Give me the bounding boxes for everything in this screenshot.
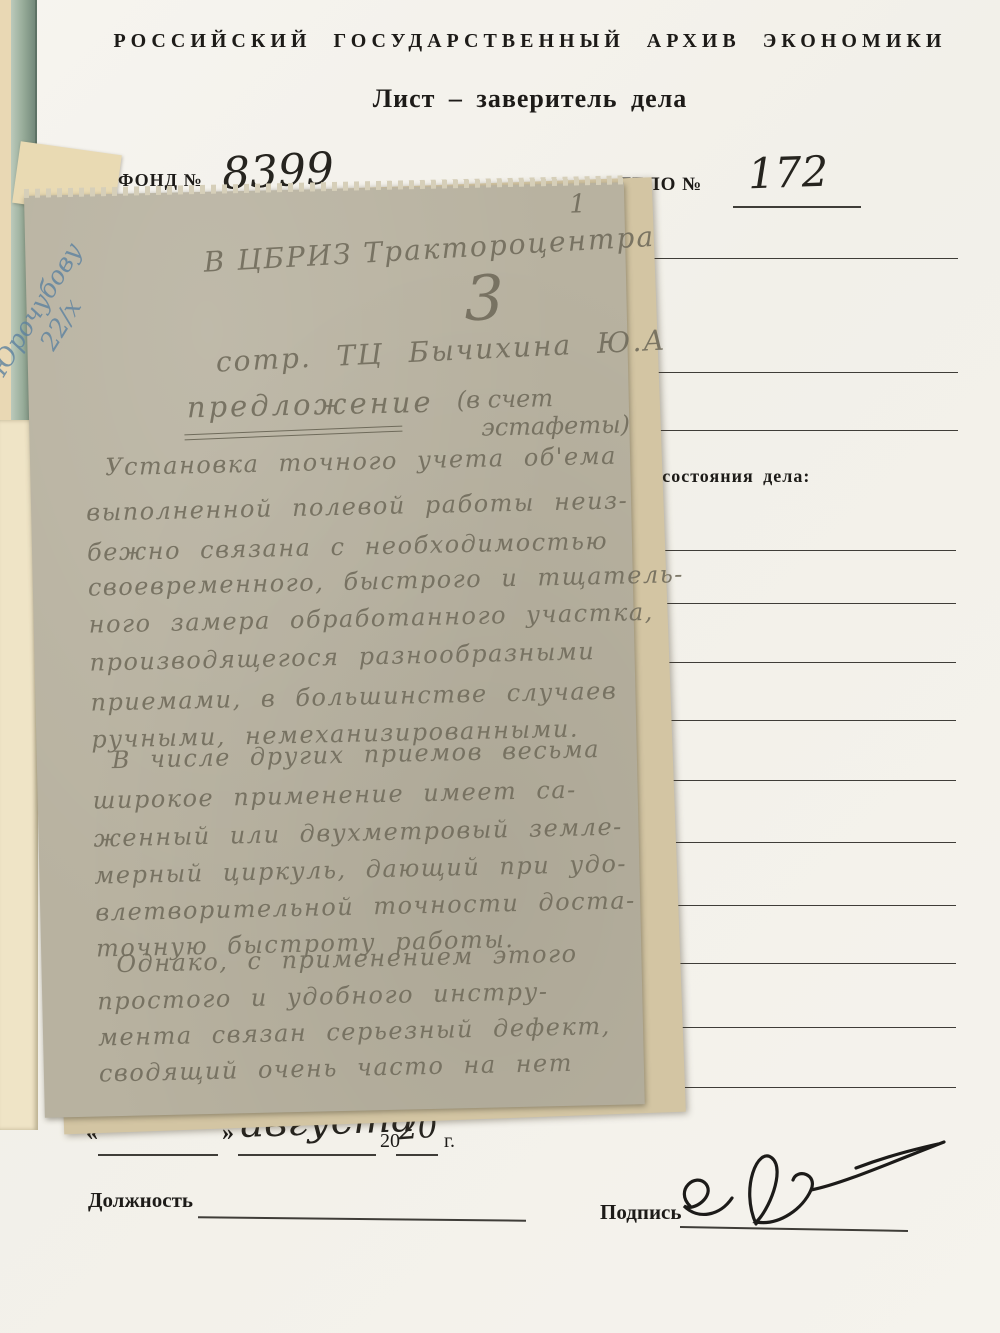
note-paper: 1 Юрочубову 22/х В ЦБРИЗ Трактороцентра …	[24, 182, 645, 1117]
ruled-line	[658, 1087, 956, 1088]
date-year-suffix: г.	[444, 1130, 455, 1153]
note-subject: предложение	[186, 385, 433, 425]
subject-underline	[184, 426, 402, 441]
note-subject-suffix: (в счет	[456, 384, 553, 414]
note-line: простого и удобного инстру-	[97, 977, 549, 1015]
note-line: бежно связана с необходимостью	[87, 527, 609, 567]
position-label: Должность	[88, 1188, 193, 1213]
note-line: производящегося разнообразными	[89, 637, 595, 676]
delo-value: 172	[747, 147, 829, 199]
ruled-line	[640, 780, 956, 781]
note-line: широкое применение имеет са-	[92, 776, 577, 815]
ruled-line	[637, 720, 956, 721]
note-subject-suffix: эстафеты)	[481, 410, 630, 441]
ruled-line	[630, 550, 956, 551]
note-line: Установка точного учета об'ема	[105, 442, 617, 482]
page-number-large: 3	[464, 261, 505, 335]
ruled-line	[655, 1027, 956, 1028]
note-line: мента связан серьезный дефект,	[98, 1012, 611, 1052]
note-line: приемами, в большинстве случаев	[90, 677, 617, 717]
sheet-title: Лист – заверитель дела	[60, 84, 1000, 114]
signature-scribble	[660, 1128, 960, 1238]
date-month-underline	[238, 1154, 376, 1156]
note-line: мерный циркуль, дающий при удо-	[94, 849, 627, 889]
archive-header: РОССИЙСКИЙ ГОСУДАРСТВЕННЫЙ АРХИВ ЭКОНОМИ…	[60, 30, 1000, 53]
ruled-line	[645, 842, 956, 843]
note-line: ного замера обработанного участка,	[88, 598, 654, 639]
ruled-line	[634, 662, 956, 663]
delo-underline	[733, 206, 861, 208]
ruled-line	[632, 603, 956, 604]
date-year-underline	[396, 1154, 438, 1156]
note-line: своевременного, быстрого и тщатель-	[88, 560, 685, 602]
note-line: женный или двухметровый земле-	[93, 813, 623, 853]
note-line: выполненной полевой работы неиз-	[86, 486, 629, 526]
ruled-line	[628, 258, 958, 259]
note-line: сводящий очень часто на нет	[99, 1049, 574, 1088]
date-year-printed: 20	[380, 1130, 400, 1153]
position-underline	[198, 1216, 526, 1221]
date-day-underline	[98, 1154, 218, 1156]
ruled-line	[651, 963, 956, 964]
ruled-line	[628, 430, 958, 431]
page-number-small: 1	[569, 189, 586, 219]
note-line: влетворительной точности доста-	[95, 886, 636, 926]
note-author: сотр. ТЦ Бычихина Ю.А	[215, 324, 667, 379]
ruled-line	[648, 905, 956, 906]
note-addressee: В ЦБРИЗ Трактороцентра	[203, 220, 656, 279]
ruled-line	[628, 372, 958, 373]
